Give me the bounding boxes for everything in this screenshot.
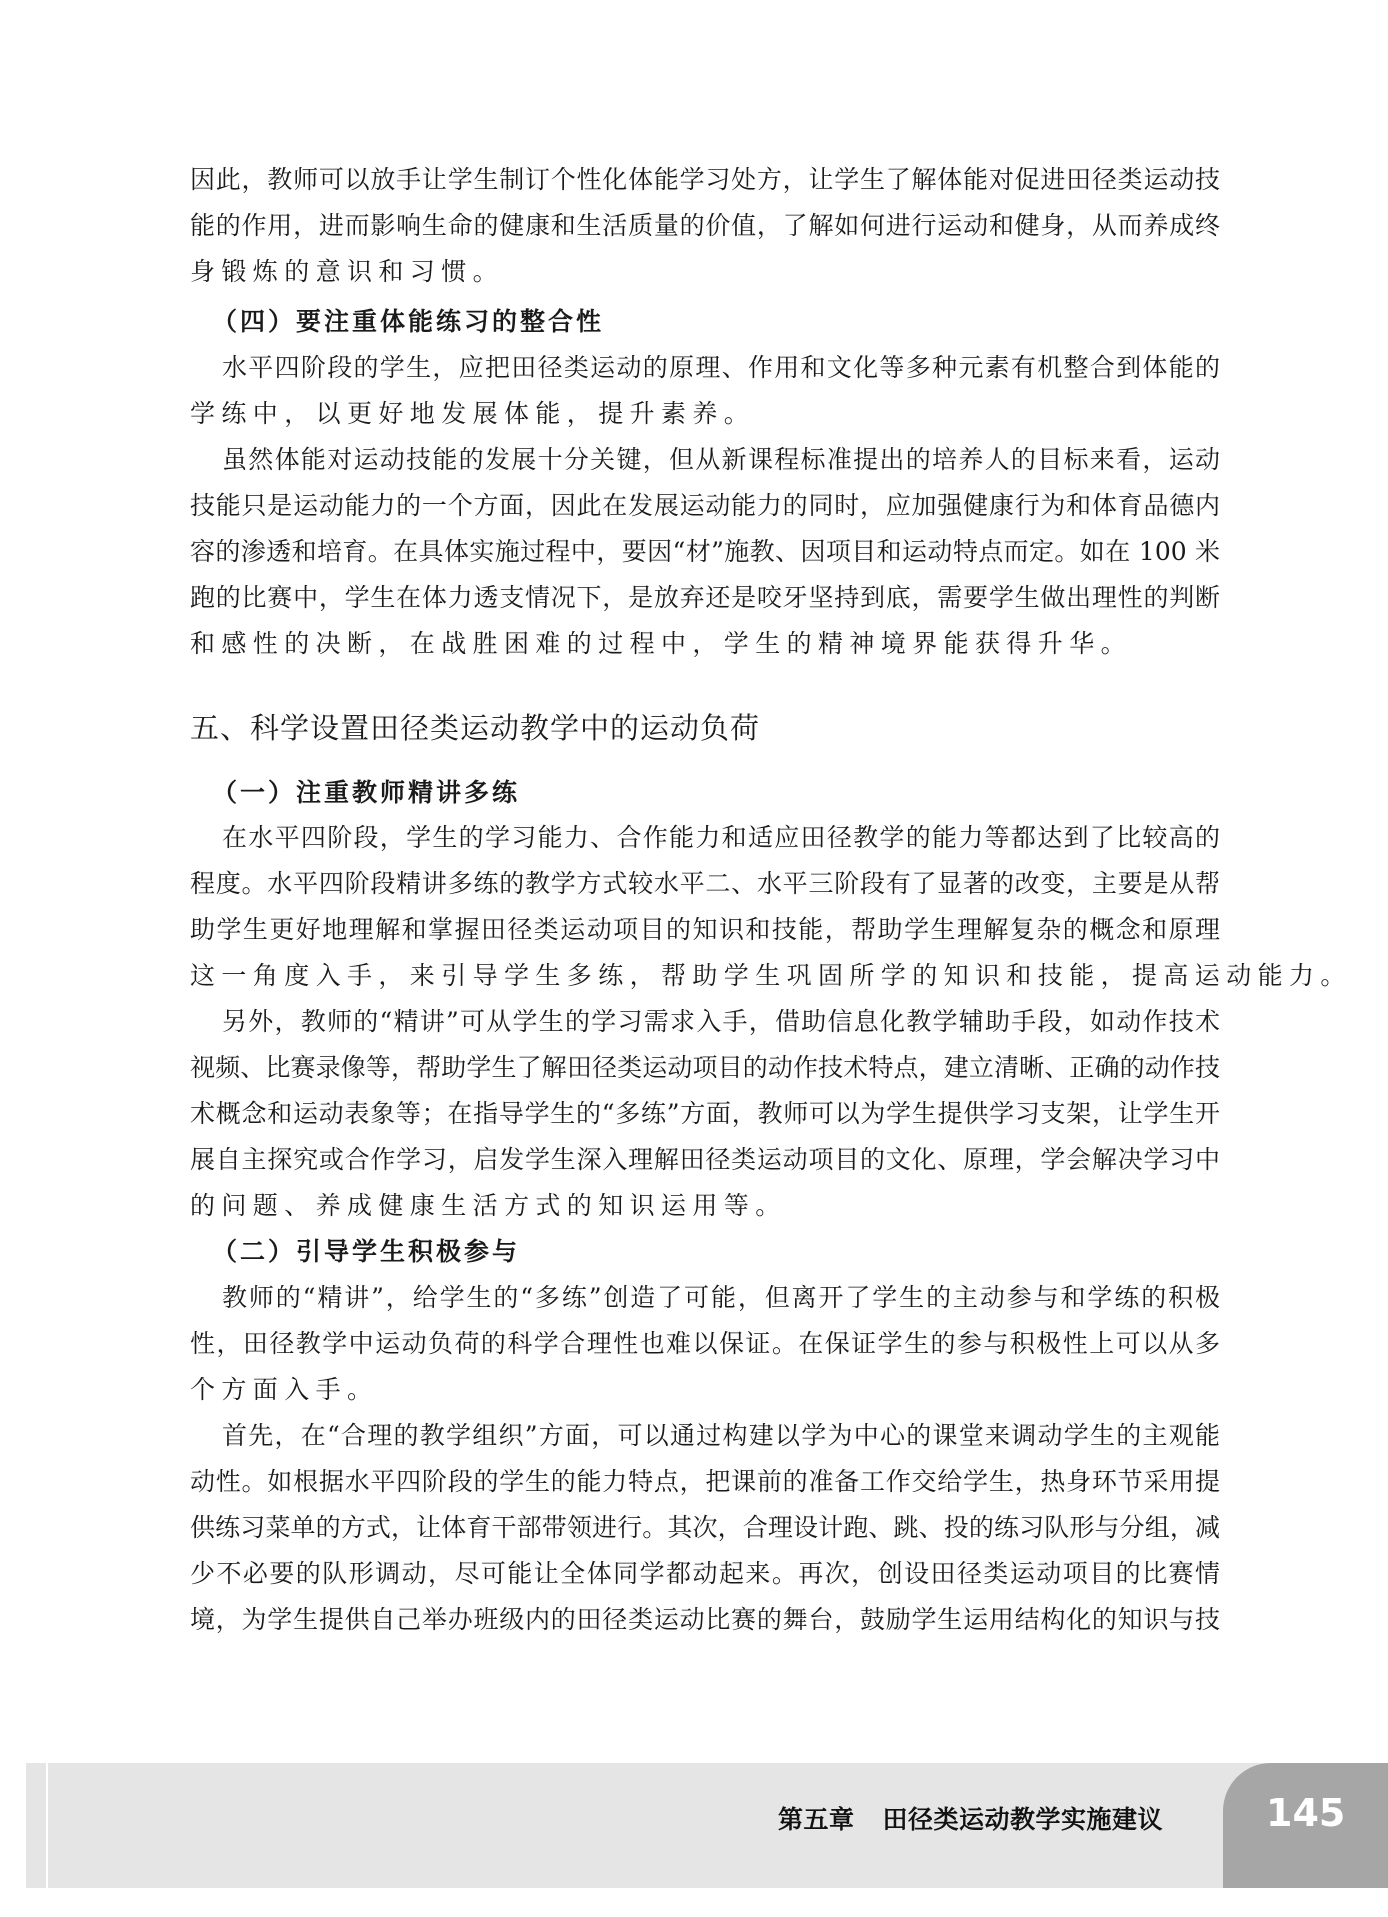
- body-line: 性，田径教学中运动负荷的科学合理性也难以保证。在保证学生的参与积极性上可以从多: [190, 1321, 1220, 1367]
- body-line: 程度。水平四阶段精讲多练的教学方式较水平二、水平三阶段有了显著的改变，主要是从帮: [190, 861, 1220, 907]
- body-line: 水平四阶段的学生，应把田径类运动的原理、作用和文化等多种元素有机整合到体能的: [222, 345, 1220, 391]
- body-line: 供练习菜单的方式，让体育干部带领进行。其次，合理设计跑、跳、投的练习队形与分组，…: [190, 1505, 1220, 1551]
- body-line: 技能只是运动能力的一个方面，因此在发展运动能力的同时，应加强健康行为和体育品德内: [190, 483, 1220, 529]
- body-line: 个方面入手。: [190, 1367, 1220, 1413]
- body-line: 另外，教师的“精讲”可从学生的学习需求入手，借助信息化教学辅助手段，如动作技术: [222, 999, 1220, 1045]
- body-line: 助学生更好地理解和掌握田径类运动项目的知识和技能，帮助学生理解复杂的概念和原理: [190, 907, 1220, 953]
- body-line: 和感性的决断，在战胜困难的过程中，学生的精神境界能获得升华。: [190, 621, 1220, 667]
- footer-band: [26, 1763, 1388, 1888]
- body-line: 术概念和运动表象等；在指导学生的“多练”方面，教师可以为学生提供学习支架，让学生…: [190, 1091, 1220, 1137]
- chapter-label: 第五章: [778, 1805, 855, 1834]
- section-title: 五、科学设置田径类运动教学中的运动负荷: [190, 703, 760, 753]
- subheading-5-2: （二）引导学生积极参与: [212, 1229, 520, 1275]
- body-line: 动性。如根据水平四阶段的学生的能力特点，把课前的准备工作交给学生，热身环节采用提: [190, 1459, 1220, 1505]
- subheading-5-1: （一）注重教师精讲多练: [212, 770, 520, 816]
- body-line: 境，为学生提供自己举办班级内的田径类运动比赛的舞台，鼓励学生运用结构化的知识与技: [190, 1597, 1220, 1643]
- body-line: 能的作用，进而影响生命的健康和生活质量的价值，了解如何进行运动和健身，从而养成终: [190, 203, 1220, 249]
- body-line: 因此，教师可以放手让学生制订个性化体能学习处方，让学生了解体能对促进田径类运动技: [190, 157, 1220, 203]
- body-line: 容的渗透和培育。在具体实施过程中，要因“材”施教、因项目和运动特点而定。如在 1…: [190, 529, 1220, 575]
- body-line: 首先，在“合理的教学组织”方面，可以通过构建以学为中心的课堂来调动学生的主观能: [222, 1413, 1220, 1459]
- body-line: 教师的“精讲”，给学生的“多练”创造了可能，但离开了学生的主动参与和学练的积极: [222, 1275, 1220, 1321]
- body-line: 少不必要的队形调动，尽可能让全体同学都动起来。再次，创设田径类运动项目的比赛情: [190, 1551, 1220, 1597]
- body-line: 展自主探究或合作学习，启发学生深入理解田径类运动项目的文化、原理，学会解决学习中: [190, 1137, 1220, 1183]
- footer-divider: [46, 1763, 48, 1888]
- body-line: 视频、比赛录像等，帮助学生了解田径类运动项目的动作技术特点，建立清晰、正确的动作…: [190, 1045, 1220, 1091]
- body-line: 在水平四阶段，学生的学习能力、合作能力和适应田径教学的能力等都达到了比较高的: [222, 815, 1220, 861]
- body-line: 这一角度入手，来引导学生多练，帮助学生巩固所学的知识和技能，提高运动能力。: [190, 953, 1220, 999]
- body-line: 身锻炼的意识和习惯。: [190, 249, 1220, 295]
- body-line: 学练中，以更好地发展体能，提升素养。: [190, 391, 1220, 437]
- body-line: 跑的比赛中，学生在体力透支情况下，是放弃还是咬牙坚持到底，需要学生做出理性的判断: [190, 575, 1220, 621]
- chapter-title: 田径类运动教学实施建议: [883, 1805, 1164, 1834]
- book-page: 因此，教师可以放手让学生制订个性化体能学习处方，让学生了解体能对促进田径类运动技…: [0, 0, 1388, 1917]
- page-number: 145: [1266, 1790, 1345, 1836]
- subheading-4: （四）要注重体能练习的整合性: [212, 299, 604, 345]
- body-line: 虽然体能对运动技能的发展十分关键，但从新课程标准提出的培养人的目标来看，运动: [222, 437, 1220, 483]
- running-footer: 第五章田径类运动教学实施建议: [778, 1800, 1163, 1840]
- body-line: 的问题、养成健康生活方式的知识运用等。: [190, 1183, 1220, 1229]
